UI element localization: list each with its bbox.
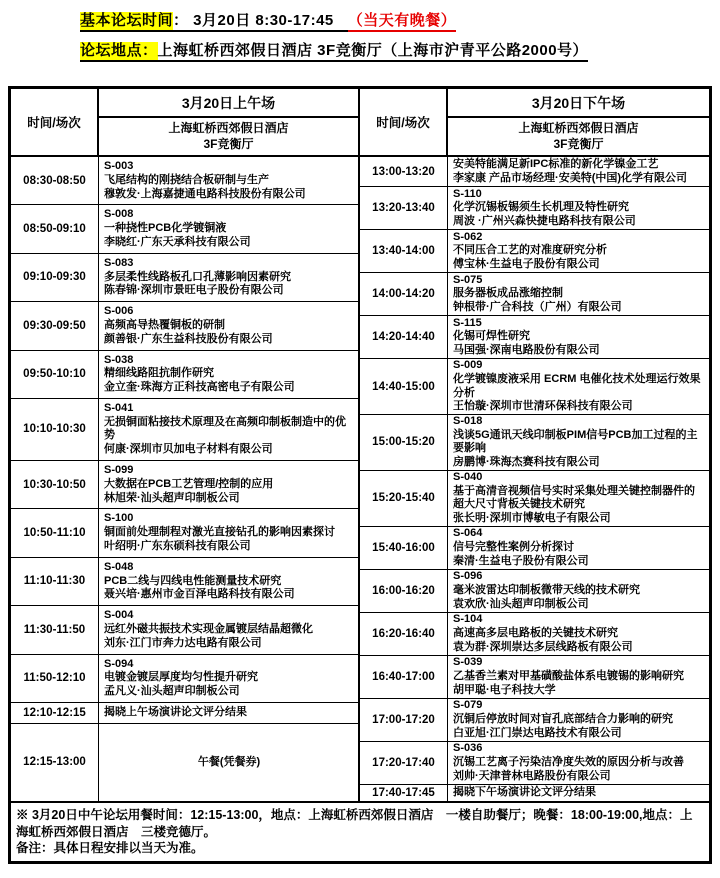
time-cell: 09:30-09:50 <box>11 302 99 349</box>
talk-cell: S-110化学沉锡板锡须生长机理及特性研究周波 ·广州兴森快捷电路科技有限公司 <box>448 187 709 229</box>
time-cell: 11:50-12:10 <box>11 655 99 702</box>
talk-cell: S-003飞尾结构的刚挠结合板研制与生产穆敦发·上海嘉捷通电路科技股份有限公司 <box>99 157 358 204</box>
schedule-row: 14:00-14:20S-075服务器板成品涨缩控制钟根带·广合科技（广州）有限… <box>360 273 709 316</box>
time-cell: 17:00-17:20 <box>360 699 448 741</box>
schedule-row: 09:30-09:50S-006高频高导热覆铜板的研制颜善银·广东生益科技股份有… <box>11 302 358 350</box>
time-cell: 10:30-10:50 <box>11 461 99 508</box>
talk-speaker: 颜善银·广东生益科技股份有限公司 <box>104 333 354 347</box>
schedule-row: 10:30-10:50S-099大数据在PCB工艺管理/控制的应用林旭荣·汕头超… <box>11 461 358 509</box>
talk-title: 信号完整性案例分析探讨 <box>453 541 705 555</box>
schedule-row: 15:40-16:00S-064信号完整性案例分析探讨秦清·生益电子股份有限公司 <box>360 527 709 570</box>
schedule-row: 14:20-14:40S-115化锡可焊性研究马国强·深南电路股份有限公司 <box>360 316 709 359</box>
schedule-row: 11:10-11:30S-048PCB二线与四线电性能测量技术研究聂兴培·惠州市… <box>11 558 358 606</box>
paper-code: S-038 <box>104 354 354 368</box>
talk-speaker: 王怡璇·深圳市世清环保科技有限公司 <box>453 400 705 414</box>
talk-speaker: 穆敦发·上海嘉捷通电路科技股份有限公司 <box>104 188 354 202</box>
paper-code: S-094 <box>104 658 354 672</box>
time-cell: 10:10-10:30 <box>11 399 99 460</box>
talk-speaker: 李家康 产品市场经理·安美特(中国)化学有限公司 <box>453 172 705 186</box>
time-cell: 09:10-09:30 <box>11 254 99 301</box>
time-cell: 11:10-11:30 <box>11 558 99 605</box>
talk-cell: S-104高速高多层电路板的关键技术研究袁为群·深圳崇达多层线路板有限公司 <box>448 613 709 655</box>
talk-title: 基于高清音视频信号实时采集处理关键控制器件的超大尺寸背板关键技术研究 <box>453 485 705 513</box>
time-cell: 14:20-14:40 <box>360 316 448 358</box>
paper-code: S-040 <box>453 471 705 485</box>
paper-code: S-008 <box>104 208 354 222</box>
paper-code: S-048 <box>104 561 354 575</box>
schedule-row: 13:40-14:00S-062不同压合工艺的对准度研究分析傅宝林·生益电子股份… <box>360 230 709 273</box>
talk-cell: S-099大数据在PCB工艺管理/控制的应用林旭荣·汕头超声印制板公司 <box>99 461 358 508</box>
talk-speaker: 刘东·江门市奔力达电路有限公司 <box>104 637 354 651</box>
talk-title: 毫米波雷达印制板微带天线的技术研究 <box>453 584 705 598</box>
talk-speaker: 钟根带·广合科技（广州）有限公司 <box>453 301 705 315</box>
paper-code: S-104 <box>453 613 705 627</box>
paper-code: S-064 <box>453 527 705 541</box>
talk-title: 化学镀镍废液采用 ECRM 电催化技术处理运行效果分析 <box>453 373 705 401</box>
venue-hotel: 上海虹桥西郊假日酒店 <box>448 121 709 137</box>
talk-speaker: 秦清·生益电子股份有限公司 <box>453 555 705 569</box>
table-footer: ※ 3月20日中午论坛用餐时间：12:15-13:00，地点：上海虹桥西郊假日酒… <box>11 801 709 861</box>
venue-hall: 3F竞衡厅 <box>448 137 709 153</box>
schedule-row: 15:20-15:40S-040基于高清音视频信号实时采集处理关键控制器件的超大… <box>360 471 709 527</box>
talk-title: 飞尾结构的刚挠结合板研制与生产 <box>104 174 354 188</box>
talk-cell: S-096毫米波雷达印制板微带天线的技术研究袁欢欣·汕头超声印制板公司 <box>448 570 709 612</box>
forum-place-value: 上海虹桥西郊假日酒店 3F竞衡厅（上海市沪青平公路2000号） <box>158 42 589 62</box>
schedule-body: 时间/场次 3月20日上午场 上海虹桥西郊假日酒店 3F竞衡厅 08:30-08… <box>11 89 709 801</box>
talk-speaker: 陈春锦·深圳市景旺电子股份有限公司 <box>104 284 354 298</box>
talk-title: 远红外磁共振技术实现金属镀层结晶超微化 <box>104 623 354 637</box>
talk-speaker: 刘帅·天津普林电路股份有限公司 <box>453 770 705 784</box>
schedule-row: 17:20-17:40S-036沉锡工艺离子污染洁净度失效的原因分析与改善刘帅·… <box>360 742 709 785</box>
talk-title: 午餐(凭餐券) <box>198 756 260 770</box>
afternoon-rows: 13:00-13:20安美特能满足新IPC标准的新化学镍金工艺李家康 产品市场经… <box>360 157 709 801</box>
talk-speaker: 孟凡义·汕头超声印制板公司 <box>104 685 354 699</box>
talk-title: PCB二线与四线电性能测量技术研究 <box>104 575 354 589</box>
forum-time-value: ： 3月20日 8:30-17:45 <box>173 12 334 32</box>
time-cell: 17:40-17:45 <box>360 785 448 801</box>
talk-cell: 午餐(凭餐券) <box>99 724 358 801</box>
schedule-row: 16:00-16:20S-096毫米波雷达印制板微带天线的技术研究袁欢欣·汕头超… <box>360 570 709 613</box>
talk-speaker: 傅宝林·生益电子股份有限公司 <box>453 258 705 272</box>
forum-place-line: 论坛地点：上海虹桥西郊假日酒店 3F竞衡厅（上海市沪青平公路2000号） <box>80 39 720 60</box>
time-cell: 15:20-15:40 <box>360 471 448 526</box>
talk-speaker: 聂兴培·惠州市金百泽电路科技有限公司 <box>104 588 354 602</box>
afternoon-session: 时间/场次 3月20日下午场 上海虹桥西郊假日酒店 3F竞衡厅 13:00-13… <box>360 89 709 801</box>
talk-cell: S-083多层柔性线路板孔口孔薄影响因素研究陈春锦·深圳市景旺电子股份有限公司 <box>99 254 358 301</box>
time-cell: 11:30-11:50 <box>11 606 99 653</box>
talk-cell: S-038精细线路阻抗制作研究金立奎·珠海方正科技高密电子有限公司 <box>99 351 358 398</box>
schedule-row: 10:10-10:30S-041无损铜面粘接技术原理及在高频印制板制造中的优势何… <box>11 399 358 461</box>
talk-title: 铜面前处理制程对激光直接钻孔的影响因素探讨 <box>104 526 354 540</box>
talk-speaker: 胡甲聪·电子科技大学 <box>453 684 705 698</box>
schedule-row: 09:10-09:30S-083多层柔性线路板孔口孔薄影响因素研究陈春锦·深圳市… <box>11 254 358 302</box>
paper-code: S-036 <box>453 742 705 756</box>
talk-title: 乙基香兰素对甲基磺酸盐体系电镀锡的影响研究 <box>453 670 705 684</box>
talk-cell: S-036沉锡工艺离子污染洁净度失效的原因分析与改善刘帅·天津普林电路股份有限公… <box>448 742 709 784</box>
time-cell: 10:50-11:10 <box>11 509 99 556</box>
talk-cell: S-075服务器板成品涨缩控制钟根带·广合科技（广州）有限公司 <box>448 273 709 315</box>
paper-code: S-100 <box>104 512 354 526</box>
talk-speaker: 袁为群·深圳崇达多层线路板有限公司 <box>453 641 705 655</box>
morning-venue: 上海虹桥西郊假日酒店 3F竞衡厅 <box>99 118 358 155</box>
talk-title: 化锡可焊性研究 <box>453 330 705 344</box>
venue-hotel: 上海虹桥西郊假日酒店 <box>99 121 358 137</box>
paper-code: S-083 <box>104 257 354 271</box>
talk-title: 高速高多层电路板的关键技术研究 <box>453 627 705 641</box>
page-header: 基本论坛时间： 3月20日 8:30-17:45 （当天有晚餐） 论坛地点：上海… <box>0 0 720 60</box>
talk-title: 一种挠性PCB化学镀铜液 <box>104 222 354 236</box>
talk-title: 无损铜面粘接技术原理及在高频印制板制造中的优势 <box>104 416 354 444</box>
time-cell: 12:10-12:15 <box>11 703 99 723</box>
talk-cell: S-048PCB二线与四线电性能测量技术研究聂兴培·惠州市金百泽电路科技有限公司 <box>99 558 358 605</box>
morning-rows: 08:30-08:50S-003飞尾结构的刚挠结合板研制与生产穆敦发·上海嘉捷通… <box>11 157 358 801</box>
time-cell: 08:30-08:50 <box>11 157 99 204</box>
paper-code: S-041 <box>104 402 354 416</box>
time-cell: 09:50-10:10 <box>11 351 99 398</box>
paper-code: S-004 <box>104 609 354 623</box>
time-cell: 17:20-17:40 <box>360 742 448 784</box>
paper-code: S-075 <box>453 274 705 288</box>
schedule-row: 09:50-10:10S-038精细线路阻抗制作研究金立奎·珠海方正科技高密电子… <box>11 351 358 399</box>
talk-cell: 揭晓上午场演讲论文评分结果 <box>99 703 358 723</box>
paper-code: S-062 <box>453 231 705 245</box>
talk-cell: S-064信号完整性案例分析探讨秦清·生益电子股份有限公司 <box>448 527 709 569</box>
talk-speaker: 周波 ·广州兴森快捷电路科技有限公司 <box>453 215 705 229</box>
paper-code: S-115 <box>453 317 705 331</box>
time-cell: 12:15-13:00 <box>11 724 99 801</box>
schedule-row: 13:20-13:40S-110化学沉锡板锡须生长机理及特性研究周波 ·广州兴森… <box>360 187 709 230</box>
talk-title: 精细线路阻抗制作研究 <box>104 367 354 381</box>
talk-speaker: 李晓红·广东天承科技有限公司 <box>104 236 354 250</box>
talk-title: 不同压合工艺的对准度研究分析 <box>453 244 705 258</box>
talk-cell: S-008一种挠性PCB化学镀铜液李晓红·广东天承科技有限公司 <box>99 205 358 252</box>
schedule-row: 14:40-15:00S-009化学镀镍废液采用 ECRM 电催化技术处理运行效… <box>360 359 709 415</box>
talk-cell: S-062不同压合工艺的对准度研究分析傅宝林·生益电子股份有限公司 <box>448 230 709 272</box>
paper-code: S-096 <box>453 570 705 584</box>
talk-cell: 安美特能满足新IPC标准的新化学镍金工艺李家康 产品市场经理·安美特(中国)化学… <box>448 157 709 186</box>
time-cell: 13:20-13:40 <box>360 187 448 229</box>
talk-title: 沉铜后停放时间对盲孔底部结合力影响的研究 <box>453 713 705 727</box>
paper-code: S-110 <box>453 188 705 202</box>
time-cell: 15:40-16:00 <box>360 527 448 569</box>
time-cell: 13:00-13:20 <box>360 157 448 186</box>
schedule-row: 16:20-16:40S-104高速高多层电路板的关键技术研究袁为群·深圳崇达多… <box>360 613 709 656</box>
talk-speaker: 张长明·深圳市博敏电子有限公司 <box>453 512 705 526</box>
talk-cell: S-115化锡可焊性研究马国强·深南电路股份有限公司 <box>448 316 709 358</box>
talk-title: 大数据在PCB工艺管理/控制的应用 <box>104 478 354 492</box>
talk-speaker: 何康·深圳市贝加电子材料有限公司 <box>104 443 354 457</box>
time-column-header: 时间/场次 <box>360 89 448 155</box>
schedule-row: 11:50-12:10S-094电镀金镀层厚度均匀性提升研究孟凡义·汕头超声印制… <box>11 655 358 703</box>
schedule-row: 08:50-09:10S-008一种挠性PCB化学镀铜液李晓红·广东天承科技有限… <box>11 205 358 253</box>
afternoon-venue-header: 3月20日下午场 上海虹桥西郊假日酒店 3F竞衡厅 <box>448 89 709 155</box>
talk-speaker: 袁欢欣·汕头超声印制板公司 <box>453 598 705 612</box>
talk-cell: S-039乙基香兰素对甲基磺酸盐体系电镀锡的影响研究胡甲聪·电子科技大学 <box>448 656 709 698</box>
schedule-row: 15:00-15:20S-018浅谈5G通讯天线印制板PIM信号PCB加工过程的… <box>360 415 709 471</box>
forum-time-line: 基本论坛时间： 3月20日 8:30-17:45 （当天有晚餐） <box>80 9 720 30</box>
talk-speaker: 白亚旭·江门崇达电路技术有限公司 <box>453 727 705 741</box>
schedule-row: 16:40-17:00S-039乙基香兰素对甲基磺酸盐体系电镀锡的影响研究胡甲聪… <box>360 656 709 699</box>
schedule-row: 12:15-13:00午餐(凭餐券) <box>11 724 358 801</box>
time-cell: 14:40-15:00 <box>360 359 448 414</box>
schedule-row: 08:30-08:50S-003飞尾结构的刚挠结合板研制与生产穆敦发·上海嘉捷通… <box>11 157 358 205</box>
talk-title: 沉锡工艺离子污染洁净度失效的原因分析与改善 <box>453 756 705 770</box>
time-cell: 08:50-09:10 <box>11 205 99 252</box>
schedule-row: 17:00-17:20S-079沉铜后停放时间对盲孔底部结合力影响的研究白亚旭·… <box>360 699 709 742</box>
talk-cell: S-040基于高清音视频信号实时采集处理关键控制器件的超大尺寸背板关键技术研究张… <box>448 471 709 526</box>
talk-title: 多层柔性线路板孔口孔薄影响因素研究 <box>104 271 354 285</box>
time-cell: 15:00-15:20 <box>360 415 448 470</box>
time-cell: 16:40-17:00 <box>360 656 448 698</box>
time-cell: 13:40-14:00 <box>360 230 448 272</box>
talk-title: 化学沉锡板锡须生长机理及特性研究 <box>453 201 705 215</box>
talk-title: 电镀金镀层厚度均匀性提升研究 <box>104 671 354 685</box>
talk-cell: S-041无损铜面粘接技术原理及在高频印制板制造中的优势何康·深圳市贝加电子材料… <box>99 399 358 460</box>
paper-code: S-003 <box>104 160 354 174</box>
afternoon-header: 时间/场次 3月20日下午场 上海虹桥西郊假日酒店 3F竞衡厅 <box>360 89 709 157</box>
talk-speaker: 叶绍明·广东东硕科技有限公司 <box>104 540 354 554</box>
morning-header: 时间/场次 3月20日上午场 上海虹桥西郊假日酒店 3F竞衡厅 <box>11 89 358 157</box>
paper-code: S-039 <box>453 656 705 670</box>
schedule-table: 时间/场次 3月20日上午场 上海虹桥西郊假日酒店 3F竞衡厅 08:30-08… <box>8 86 712 864</box>
time-cell: 16:00-16:20 <box>360 570 448 612</box>
talk-cell: S-100铜面前处理制程对激光直接钻孔的影响因素探讨叶绍明·广东东硕科技有限公司 <box>99 509 358 556</box>
venue-hall: 3F竞衡厅 <box>99 137 358 153</box>
talk-speaker: 金立奎·珠海方正科技高密电子有限公司 <box>104 381 354 395</box>
meal-info: ※ 3月20日中午论坛用餐时间：12:15-13:00，地点：上海虹桥西郊假日酒… <box>16 807 704 840</box>
morning-session: 时间/场次 3月20日上午场 上海虹桥西郊假日酒店 3F竞衡厅 08:30-08… <box>11 89 360 801</box>
spacer <box>334 12 348 32</box>
paper-code: S-009 <box>453 359 705 373</box>
talk-cell: S-079沉铜后停放时间对盲孔底部结合力影响的研究白亚旭·江门崇达电路技术有限公… <box>448 699 709 741</box>
talk-speaker: 房鹏博·珠海杰赛科技有限公司 <box>453 456 705 470</box>
paper-code: S-006 <box>104 305 354 319</box>
talk-title: 浅谈5G通讯天线印制板PIM信号PCB加工过程的主要影响 <box>453 429 705 457</box>
paper-code: S-099 <box>104 464 354 478</box>
dinner-note: （当天有晚餐） <box>348 12 457 32</box>
schedule-row: 11:30-11:50S-004远红外磁共振技术实现金属镀层结晶超微化刘东·江门… <box>11 606 358 654</box>
schedule-row: 17:40-17:45揭晓下午场演讲论文评分结果 <box>360 785 709 801</box>
schedule-row: 12:10-12:15揭晓上午场演讲论文评分结果 <box>11 703 358 724</box>
talk-title: 安美特能满足新IPC标准的新化学镍金工艺 <box>453 158 705 172</box>
talk-title: 揭晓下午场演讲论文评分结果 <box>453 786 705 800</box>
paper-code: S-079 <box>453 699 705 713</box>
time-cell: 16:20-16:40 <box>360 613 448 655</box>
forum-place-label: 论坛地点： <box>80 42 158 62</box>
time-cell: 14:00-14:20 <box>360 273 448 315</box>
time-column-header: 时间/场次 <box>11 89 99 155</box>
paper-code: S-018 <box>453 415 705 429</box>
afternoon-session-title: 3月20日下午场 <box>448 89 709 118</box>
forum-time-label: 基本论坛时间 <box>80 12 173 32</box>
talk-cell: S-094电镀金镀层厚度均匀性提升研究孟凡义·汕头超声印制板公司 <box>99 655 358 702</box>
morning-session-title: 3月20日上午场 <box>99 89 358 118</box>
talk-title: 服务器板成品涨缩控制 <box>453 287 705 301</box>
talk-cell: S-009化学镀镍废液采用 ECRM 电催化技术处理运行效果分析王怡璇·深圳市世… <box>448 359 709 414</box>
schedule-row: 13:00-13:20安美特能满足新IPC标准的新化学镍金工艺李家康 产品市场经… <box>360 157 709 187</box>
schedule-row: 10:50-11:10S-100铜面前处理制程对激光直接钻孔的影响因素探讨叶绍明… <box>11 509 358 557</box>
morning-venue-header: 3月20日上午场 上海虹桥西郊假日酒店 3F竞衡厅 <box>99 89 358 155</box>
talk-title: 揭晓上午场演讲论文评分结果 <box>104 706 354 720</box>
talk-speaker: 马国强·深南电路股份有限公司 <box>453 344 705 358</box>
talk-cell: 揭晓下午场演讲论文评分结果 <box>448 785 709 801</box>
talk-speaker: 林旭荣·汕头超声印制板公司 <box>104 492 354 506</box>
afternoon-venue: 上海虹桥西郊假日酒店 3F竞衡厅 <box>448 118 709 155</box>
talk-cell: S-018浅谈5G通讯天线印制板PIM信号PCB加工过程的主要影响房鹏博·珠海杰… <box>448 415 709 470</box>
footer-note: 备注：具体日程安排以当天为准。 <box>16 840 704 856</box>
talk-title: 高频高导热覆铜板的研制 <box>104 319 354 333</box>
talk-cell: S-004远红外磁共振技术实现金属镀层结晶超微化刘东·江门市奔力达电路有限公司 <box>99 606 358 653</box>
talk-cell: S-006高频高导热覆铜板的研制颜善银·广东生益科技股份有限公司 <box>99 302 358 349</box>
